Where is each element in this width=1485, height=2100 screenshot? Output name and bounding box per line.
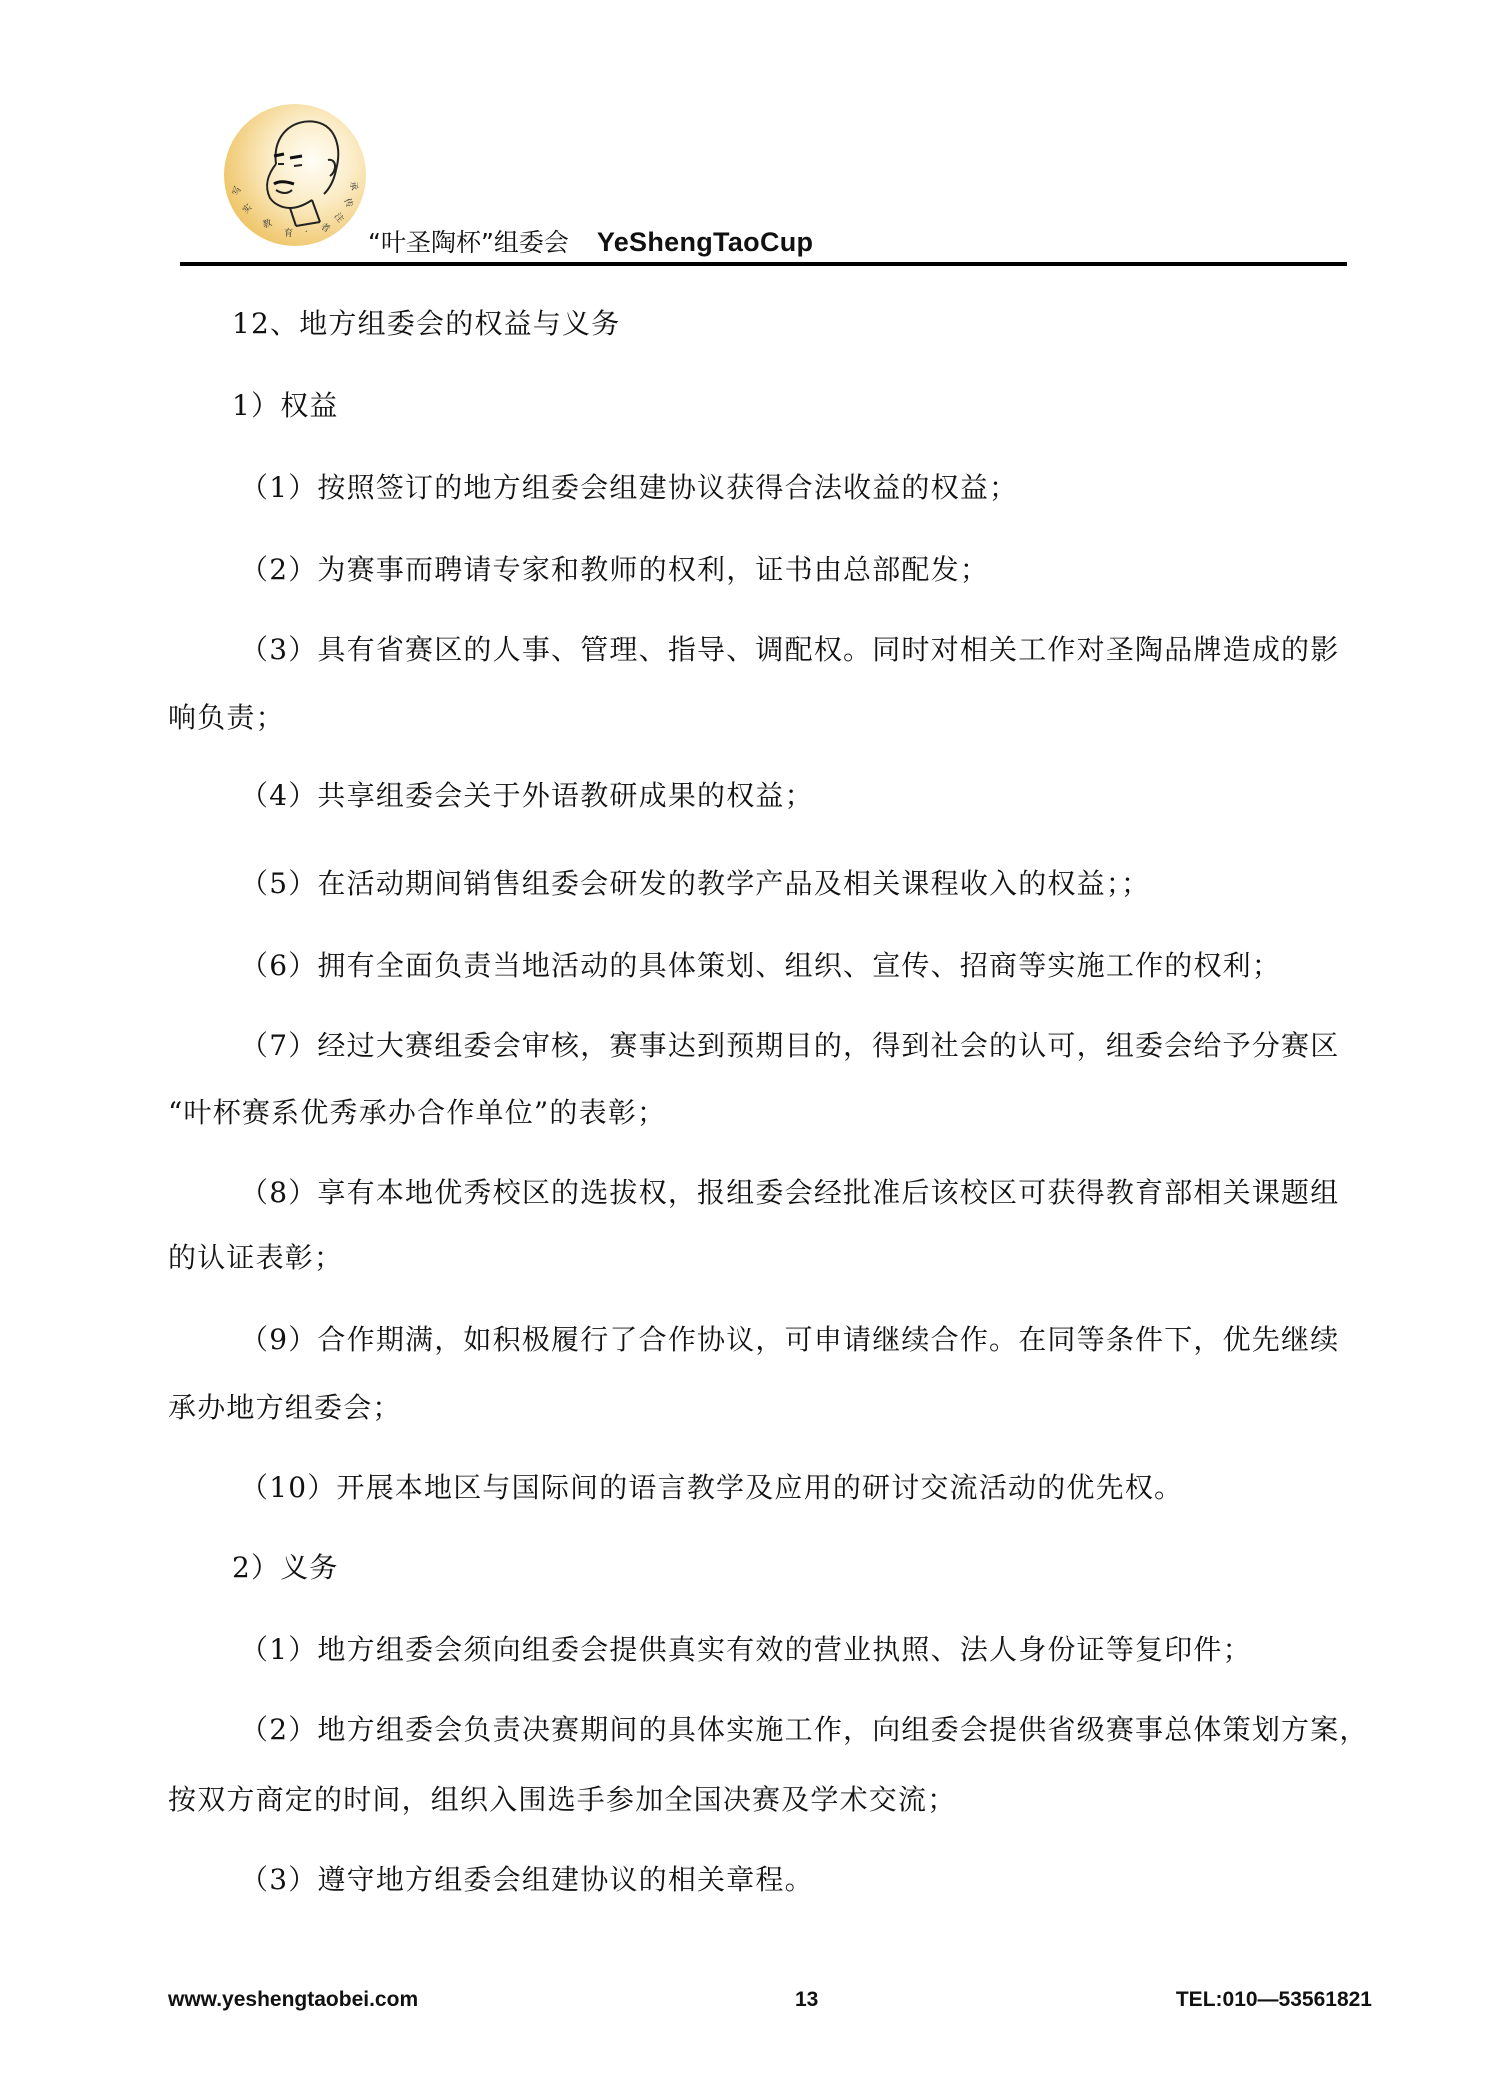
- obligations-item-2: （2）地方组委会负责决赛期间的具体实施工作，向组委会提供省级赛事总体策划方案，: [240, 1710, 1369, 1750]
- section-heading: 12、地方组委会的权益与义务: [232, 304, 620, 344]
- obligations-item-3: （3）遵守地方组委会组建协议的相关章程。: [240, 1860, 814, 1900]
- rights-item-5: （5）在活动期间销售组委会研发的教学产品及相关课程收入的权益；；: [240, 864, 1150, 904]
- rights-item-10: （10）开展本地区与国际间的语言教学及应用的研讨交流活动的优先权。: [240, 1468, 1183, 1508]
- rights-item-9: （9）合作期满，如积极履行了合作协议，可申请继续合作。在同等条件下，优先继续: [240, 1320, 1339, 1360]
- obligations-title: 2）义务: [232, 1548, 339, 1588]
- header-title-cn: “叶圣陶杯”组委会: [368, 228, 569, 257]
- rights-item-8-cont: 的认证表彰；: [168, 1238, 343, 1278]
- svg-text:实: 实: [240, 201, 255, 216]
- footer-phone: TEL:010—53561821: [1176, 1986, 1372, 2014]
- rights-item-7: （7）经过大赛组委会审核，赛事达到预期目的，得到社会的认可，组委会给予分赛区: [240, 1026, 1339, 1066]
- obligations-item-2-cont: 按双方商定的时间，组织入围选手参加全国决赛及学术交流；: [168, 1780, 956, 1820]
- rights-item-8: （8）享有本地优秀校区的选拔权，报组委会经批准后该校区可获得教育部相关课题组: [240, 1173, 1339, 1213]
- rights-item-4: （4）共享组委会关于外语教研成果的权益；: [240, 776, 814, 816]
- rights-item-6: （6）拥有全面负责当地活动的具体策划、组织、宣传、招商等实施工作的权利；: [240, 946, 1281, 986]
- rights-item-3: （3）具有省赛区的人事、管理、指导、调配权。同时对相关工作对圣陶品牌造成的影: [240, 630, 1339, 670]
- obligations-item-1: （1）地方组委会须向组委会提供真实有效的营业执照、法人身份证等复印件；: [240, 1630, 1252, 1670]
- svg-text:写: 写: [230, 185, 243, 197]
- header-title-en: YeShengTaoCup: [597, 227, 813, 257]
- rights-title: 1）权益: [232, 386, 339, 426]
- rights-item-7-cont: “叶杯赛系优秀承办合作单位”的表彰；: [168, 1093, 666, 1133]
- yeshengtao-logo: 写 实 教 育 · 者 注 传 承: [224, 104, 366, 246]
- rights-item-3-cont: 响负责；: [168, 698, 285, 738]
- svg-text:·: ·: [303, 227, 308, 237]
- rights-item-1: （1）按照签订的地方组委会组建协议获得合法收益的权益；: [240, 468, 1018, 508]
- svg-text:注: 注: [332, 210, 347, 225]
- footer-page-number: 13: [795, 1986, 818, 2014]
- rights-item-9-cont: 承办地方组委会；: [168, 1388, 402, 1428]
- rights-item-2: （2）为赛事而聘请专家和教师的权利，证书由总部配发；: [240, 550, 989, 590]
- svg-text:育: 育: [284, 227, 293, 239]
- svg-text:承: 承: [347, 181, 359, 192]
- svg-text:者: 者: [319, 220, 333, 235]
- portrait-icon: 写 实 教 育 · 者 注 传 承: [224, 104, 366, 246]
- svg-text:教: 教: [261, 216, 274, 230]
- footer-website: www.yeshengtaobei.com: [168, 1986, 418, 2014]
- svg-text:传: 传: [341, 196, 356, 209]
- header-divider: [180, 262, 1347, 266]
- header-title: “叶圣陶杯”组委会YeShengTaoCup: [368, 226, 813, 258]
